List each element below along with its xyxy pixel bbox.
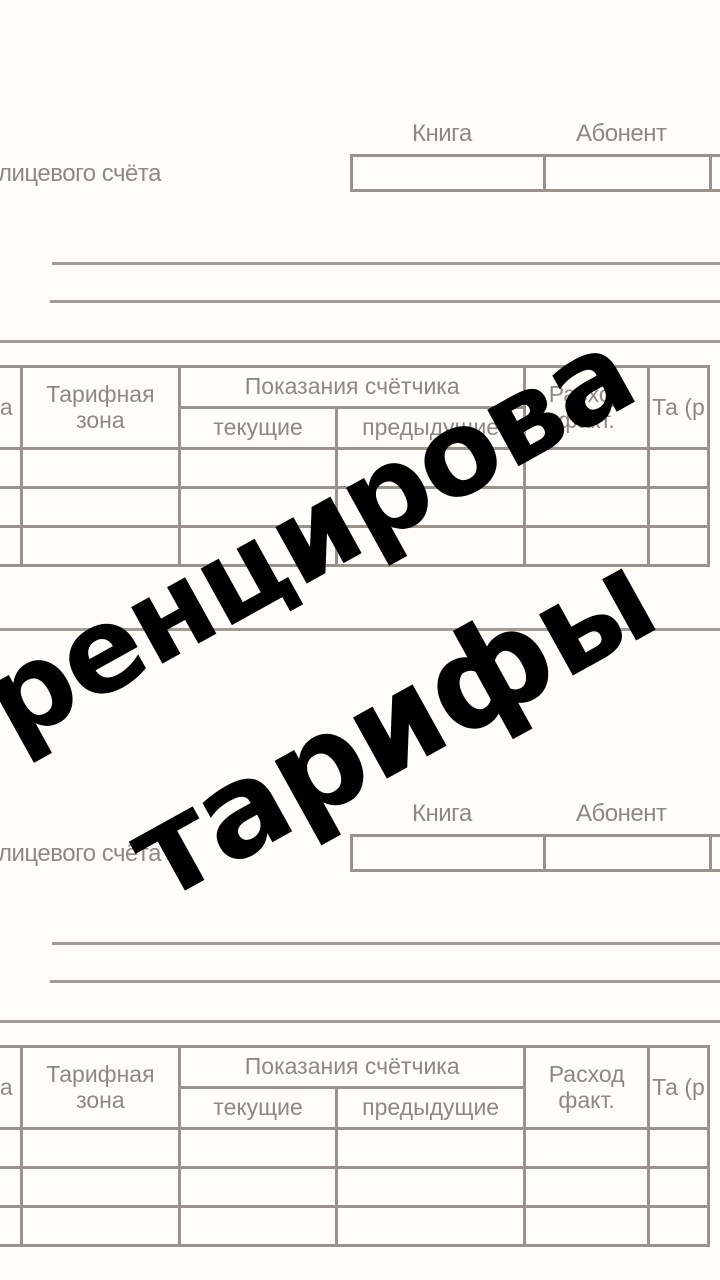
address-line bbox=[50, 300, 720, 303]
address-line bbox=[52, 262, 720, 265]
meter-readings-table: а Тарифная зона Показания счётчика Расхо… bbox=[0, 1045, 710, 1247]
table-row bbox=[0, 1168, 709, 1207]
current-header: текущие bbox=[180, 408, 337, 449]
table-row bbox=[0, 1129, 709, 1168]
tariff-header: Та (р bbox=[648, 367, 708, 449]
meter-readings-header: Показания счётчика bbox=[180, 1047, 525, 1088]
account-number-box[interactable] bbox=[350, 834, 720, 872]
divider bbox=[0, 340, 720, 343]
tariff-header: Та (р bbox=[648, 1047, 708, 1129]
current-header: текущие bbox=[180, 1088, 337, 1129]
subscriber-label: Абонент bbox=[576, 800, 666, 828]
book-label: Книга bbox=[412, 800, 472, 828]
divider bbox=[0, 1020, 720, 1023]
address-line bbox=[50, 980, 720, 983]
account-label: лицевого счёта bbox=[0, 160, 161, 188]
consumption-header: Расход факт. bbox=[525, 1047, 649, 1129]
col-header: а bbox=[0, 367, 21, 449]
account-number-box[interactable] bbox=[350, 154, 720, 192]
subscriber-label: Абонент bbox=[576, 120, 666, 148]
previous-header: предыдущие bbox=[336, 1088, 524, 1129]
utility-form-bottom: лицевого счёта Книга Абонент а Тарифная … bbox=[0, 780, 720, 1280]
address-line bbox=[52, 942, 720, 945]
col-header: а bbox=[0, 1047, 21, 1129]
table-row bbox=[0, 1207, 709, 1246]
tariff-zone-header: Тарифная зона bbox=[21, 367, 179, 449]
tariff-zone-header: Тарифная зона bbox=[21, 1047, 179, 1129]
book-label: Книга bbox=[412, 120, 472, 148]
